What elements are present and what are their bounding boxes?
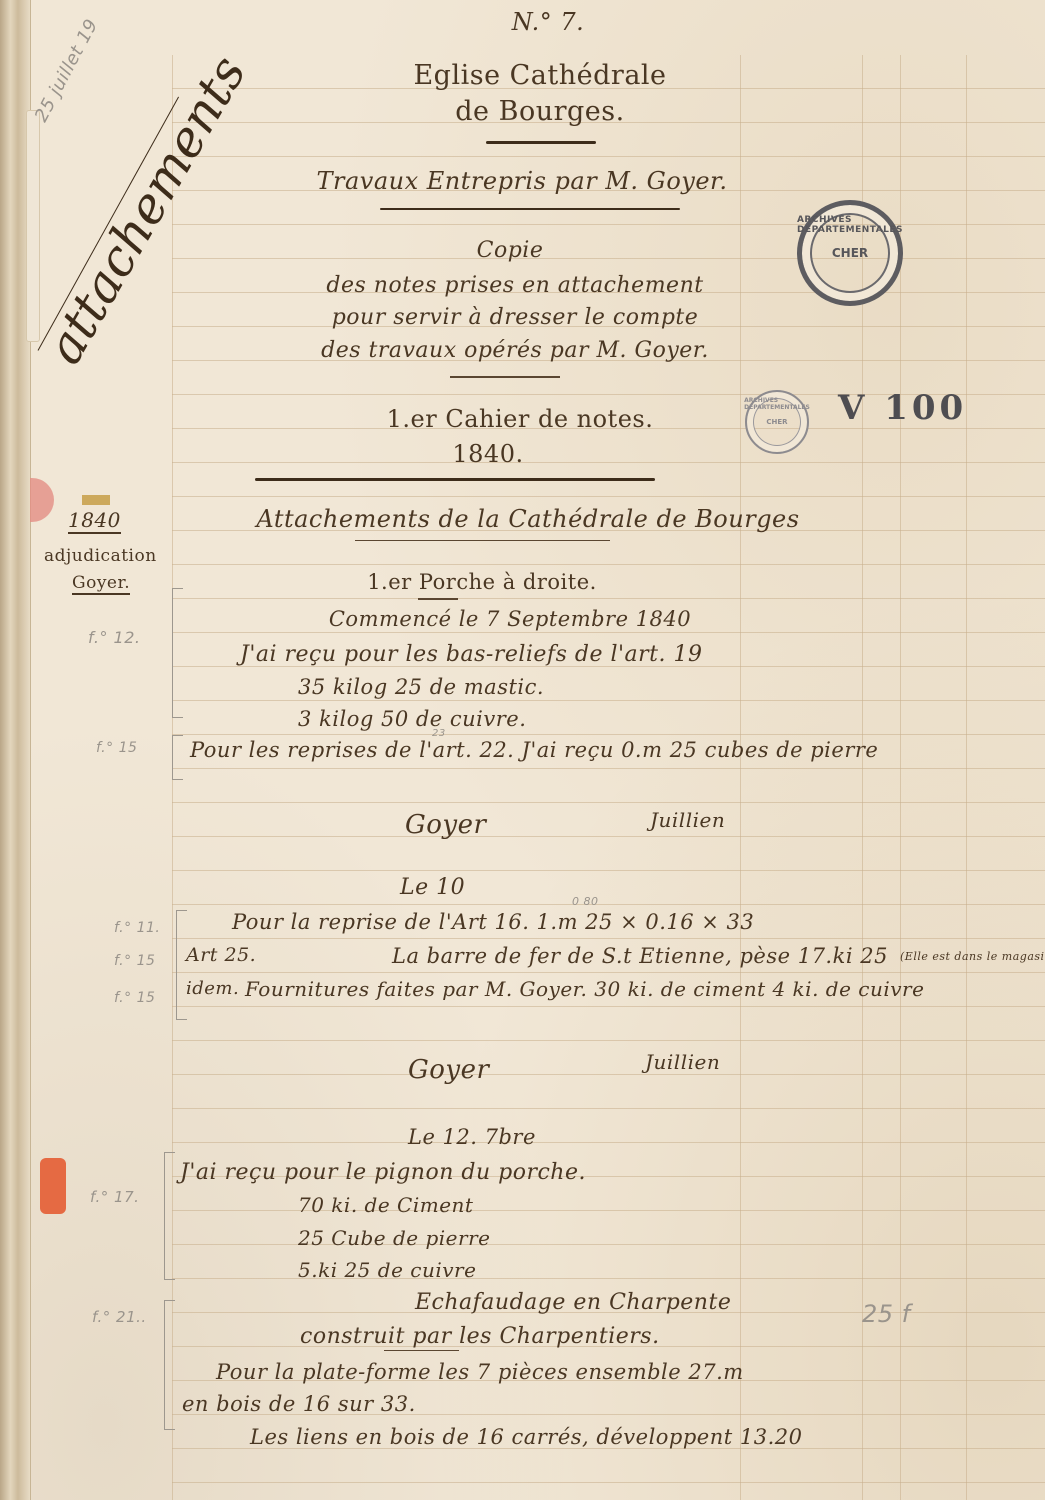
cahier-divider [255,478,655,481]
signature-juillien: Juillien [645,1050,720,1074]
subtitle-underline [380,208,680,210]
entry-line: Pour la reprise de l'Art 16. 1.m 25 × 0.… [232,910,754,934]
pencil-page-number: 25 f [862,1300,911,1328]
folio-ref: f.° 17. [90,1188,139,1206]
document-number: N.° 7. [512,8,585,36]
entry-label: idem. [186,978,239,999]
signature-goyer: Goyer [405,810,486,840]
entry-line: J'ai reçu pour le pignon du porche. [180,1160,586,1185]
pencil-bracket [176,910,177,1020]
subsection-heading: Echafaudage en Charpente [415,1290,731,1315]
entry-note: (Elle est dans le magasin) [900,950,1045,963]
entry-line: 3 kilog 50 de cuivre. [298,707,526,731]
title-line-2: de Bourges. [455,96,624,127]
archives-stamp-large: ARCHIVES DÉPARTEMENTALES CHER [797,200,903,306]
folio-ref: f.° 15 [96,740,137,756]
subsection-heading: construit par les Charpentiers. [300,1324,660,1349]
entry-line: en bois de 16 sur 33. [182,1392,416,1416]
column-rule [966,55,967,1500]
folio-ref: f.° 21.. [92,1308,147,1326]
margin-contractor: Goyer. [72,573,130,595]
pencil-bracket [164,1152,165,1280]
section-heading-underline [355,540,610,541]
folio-ref: f.° 11. [114,920,160,936]
stamp-center-text: CHER [766,418,787,426]
binding-tape [26,110,40,342]
entry-line: Pour la plate-forme les 7 pièces ensembl… [216,1360,744,1384]
column-rule [900,55,901,1500]
call-number: V 100 [838,388,967,428]
signature-juillien: Juillien [650,808,725,832]
entry-line: Les liens en bois de 16 carrés, développ… [250,1425,803,1449]
entry-date: Le 12. 7bre [408,1125,536,1149]
stamp-ring-text: ARCHIVES DÉPARTEMENTALES [797,215,903,235]
title-line-1: Eglise Cathédrale [413,60,666,91]
entry-line: J'ai reçu pour les bas-reliefs de l'art.… [240,642,703,667]
manuscript-page: 25 juillet 19 attachements 1840 adjudica… [0,0,1045,1500]
description-line-2: pour servir à dresser le compte [332,305,699,330]
column-rule [740,55,741,1500]
stamp-ring-text: ARCHIVES DÉPARTEMENTALES [744,397,810,411]
pencil-bracket [172,735,173,780]
entry-date: Commencé le 7 Septembre 1840 [329,607,691,631]
entry-superscript: 0 80 [572,895,599,908]
entry-line: La barre de fer de S.t Etienne, pèse 17.… [392,944,888,968]
description-line-1: des notes prises en attachement [326,273,703,298]
folio-ref: f.° 12. [88,628,140,647]
entry-label: Art 25. [186,944,256,966]
porche-heading: 1.er Porche à droite. [367,570,597,594]
pencil-date-note: 25 juillet 19 [31,16,103,126]
entry-line: 25 Cube de pierre [298,1226,490,1250]
margin-adjudication: adjudication [44,546,157,566]
porche-underline [418,598,458,600]
cahier-year: 1840. [452,440,523,468]
entry-line: 35 kilog 25 de mastic. [298,675,544,699]
entry-line: Fournitures faites par M. Goyer. 30 ki. … [245,977,924,1001]
subtitle: Travaux Entrepris par M. Goyer. [317,167,728,195]
red-wax-mark [40,1158,66,1214]
signature-goyer: Goyer [408,1055,489,1085]
title-underline [486,141,596,144]
folio-ref: f.° 15 [114,953,155,969]
cahier-title: 1.er Cahier de notes. [387,405,654,433]
gold-mark [82,495,110,505]
description-line-3: des travaux opérés par M. Goyer. [321,338,709,363]
description-underline [450,376,560,378]
copie-label: Copie [477,238,544,263]
entry-line: 5.ki 25 de cuivre [298,1258,476,1282]
subsection-underline [384,1350,459,1351]
pencil-bracket [172,588,173,718]
entry-line: Pour les reprises de l'art. 22. J'ai reç… [190,738,878,762]
pencil-bracket [164,1300,165,1430]
entry-date: Le 10 [400,875,465,900]
margin-year: 1840 [68,508,121,534]
section-heading: Attachements de la Cathédrale de Bourges [256,505,799,533]
archives-stamp-small: ARCHIVES DÉPARTEMENTALES CHER [745,390,809,454]
red-wax-seal [30,478,54,522]
ruled-lines [172,55,1045,1500]
folio-ref: f.° 15 [114,990,155,1006]
stamp-center-text: CHER [832,246,868,260]
entry-line: 70 ki. de Ciment [298,1193,473,1217]
